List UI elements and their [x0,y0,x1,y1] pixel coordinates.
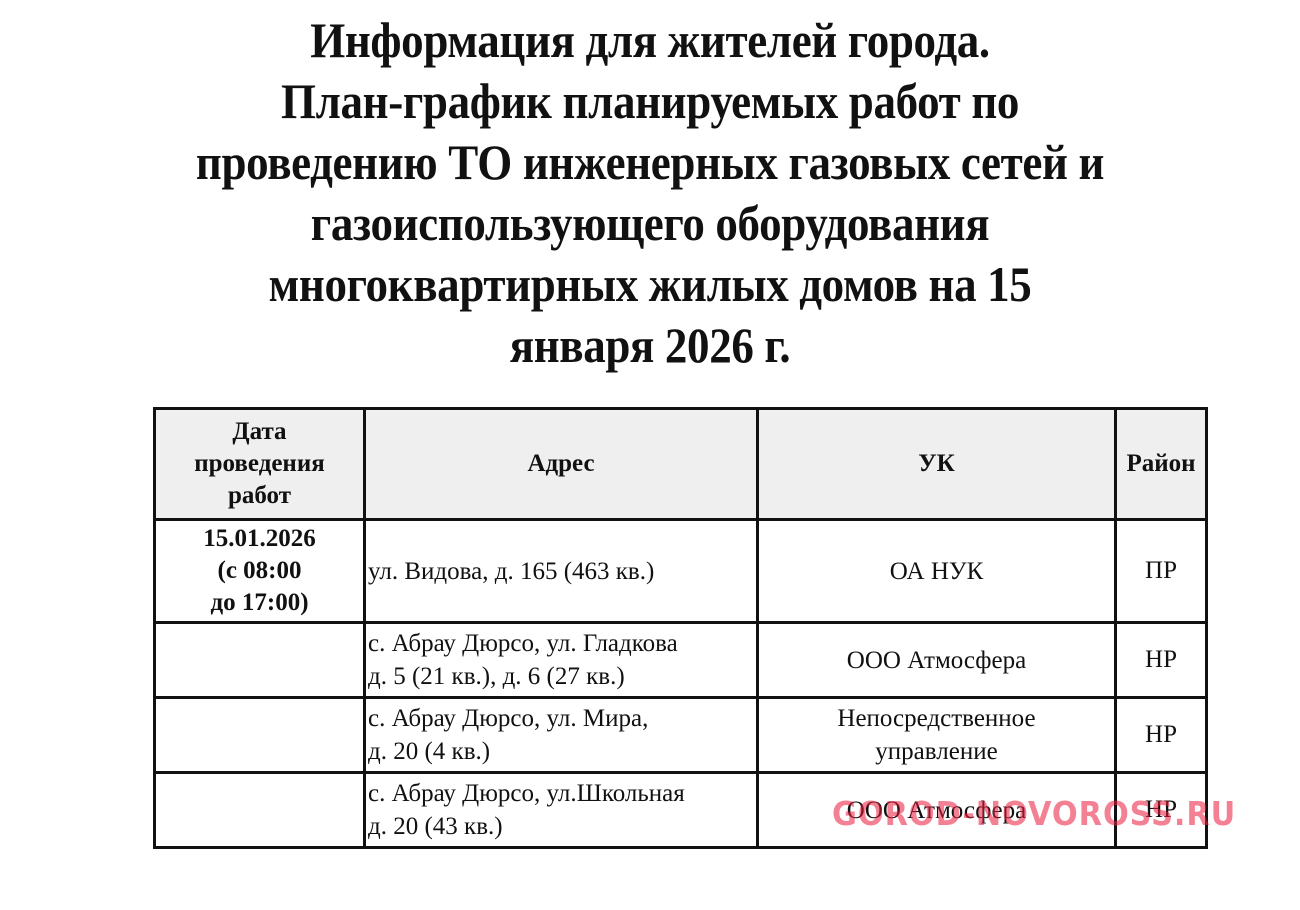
address-line: д. 20 (43 кв.) [368,810,756,843]
title-line: многоквартирных жилых домов на 15 [25,254,1276,315]
address-line: с. Абрау Дюрсо, ул. Гладкова [368,627,756,660]
header-date: Дата проведения работ [155,409,365,520]
title-line: газоиспользующего оборудования [25,193,1276,254]
date-line: 15.01.2026 [156,523,363,555]
uk-line: управление [759,735,1114,768]
cell-uk: ОА НУК [758,520,1116,623]
uk-line: ООО Атмосфера [759,794,1114,827]
title-line: Информация для жителей города. [25,10,1276,71]
address-line: с. Абрау Дюрсо, ул. Мира, [368,702,756,735]
title-line: проведению ТО инженерных газовых сетей и [25,132,1276,193]
date-line: до 17:00) [156,587,363,619]
cell-address: ул. Видова, д. 165 (463 кв.) [365,520,758,623]
cell-address: с. Абрау Дюрсо, ул.Школьная д. 20 (43 кв… [365,773,758,848]
cell-district: НР [1116,698,1207,773]
uk-line: ОА НУК [759,555,1114,588]
cell-district: НР [1116,623,1207,698]
cell-uk: ООО Атмосфера [758,773,1116,848]
table-row: с. Абрау Дюрсо, ул. Мира, д. 20 (4 кв.) … [155,698,1207,773]
table-row: 15.01.2026 (с 08:00 до 17:00) ул. Видова… [155,520,1207,623]
date-line: (с 08:00 [156,555,363,587]
header-address: Адрес [365,409,758,520]
header-uk: УК [758,409,1116,520]
cell-district: ПР [1116,520,1207,623]
cell-date: 15.01.2026 (с 08:00 до 17:00) [155,520,365,623]
cell-address: с. Абрау Дюрсо, ул. Мира, д. 20 (4 кв.) [365,698,758,773]
table-row: с. Абрау Дюрсо, ул.Школьная д. 20 (43 кв… [155,773,1207,848]
cell-district: НР [1116,773,1207,848]
cell-date [155,698,365,773]
address-line: д. 20 (4 кв.) [368,735,756,768]
cell-uk: ООО Атмосфера [758,623,1116,698]
table-row: с. Абрау Дюрсо, ул. Гладкова д. 5 (21 кв… [155,623,1207,698]
address-line: д. 5 (21 кв.), д. 6 (27 кв.) [368,660,756,693]
cell-date [155,773,365,848]
header-district: Район [1116,409,1207,520]
cell-uk: Непосредственное управление [758,698,1116,773]
address-line: ул. Видова, д. 165 (463 кв.) [368,555,756,588]
uk-line: ООО Атмосфера [759,644,1114,677]
uk-line: Непосредственное [759,702,1114,735]
title-line: План-график планируемых работ по [25,71,1276,132]
header-date-line: работ [156,480,363,512]
document-title: Информация для жителей города. План-граф… [25,10,1276,376]
title-line: января 2026 г. [25,315,1276,376]
address-line: с. Абрау Дюрсо, ул.Школьная [368,777,756,810]
schedule-table: Дата проведения работ Адрес УК Район 15.… [153,407,1208,849]
header-date-line: проведения [156,448,363,480]
cell-address: с. Абрау Дюрсо, ул. Гладкова д. 5 (21 кв… [365,623,758,698]
table-header-row: Дата проведения работ Адрес УК Район [155,409,1207,520]
cell-date [155,623,365,698]
header-date-line: Дата [156,416,363,448]
